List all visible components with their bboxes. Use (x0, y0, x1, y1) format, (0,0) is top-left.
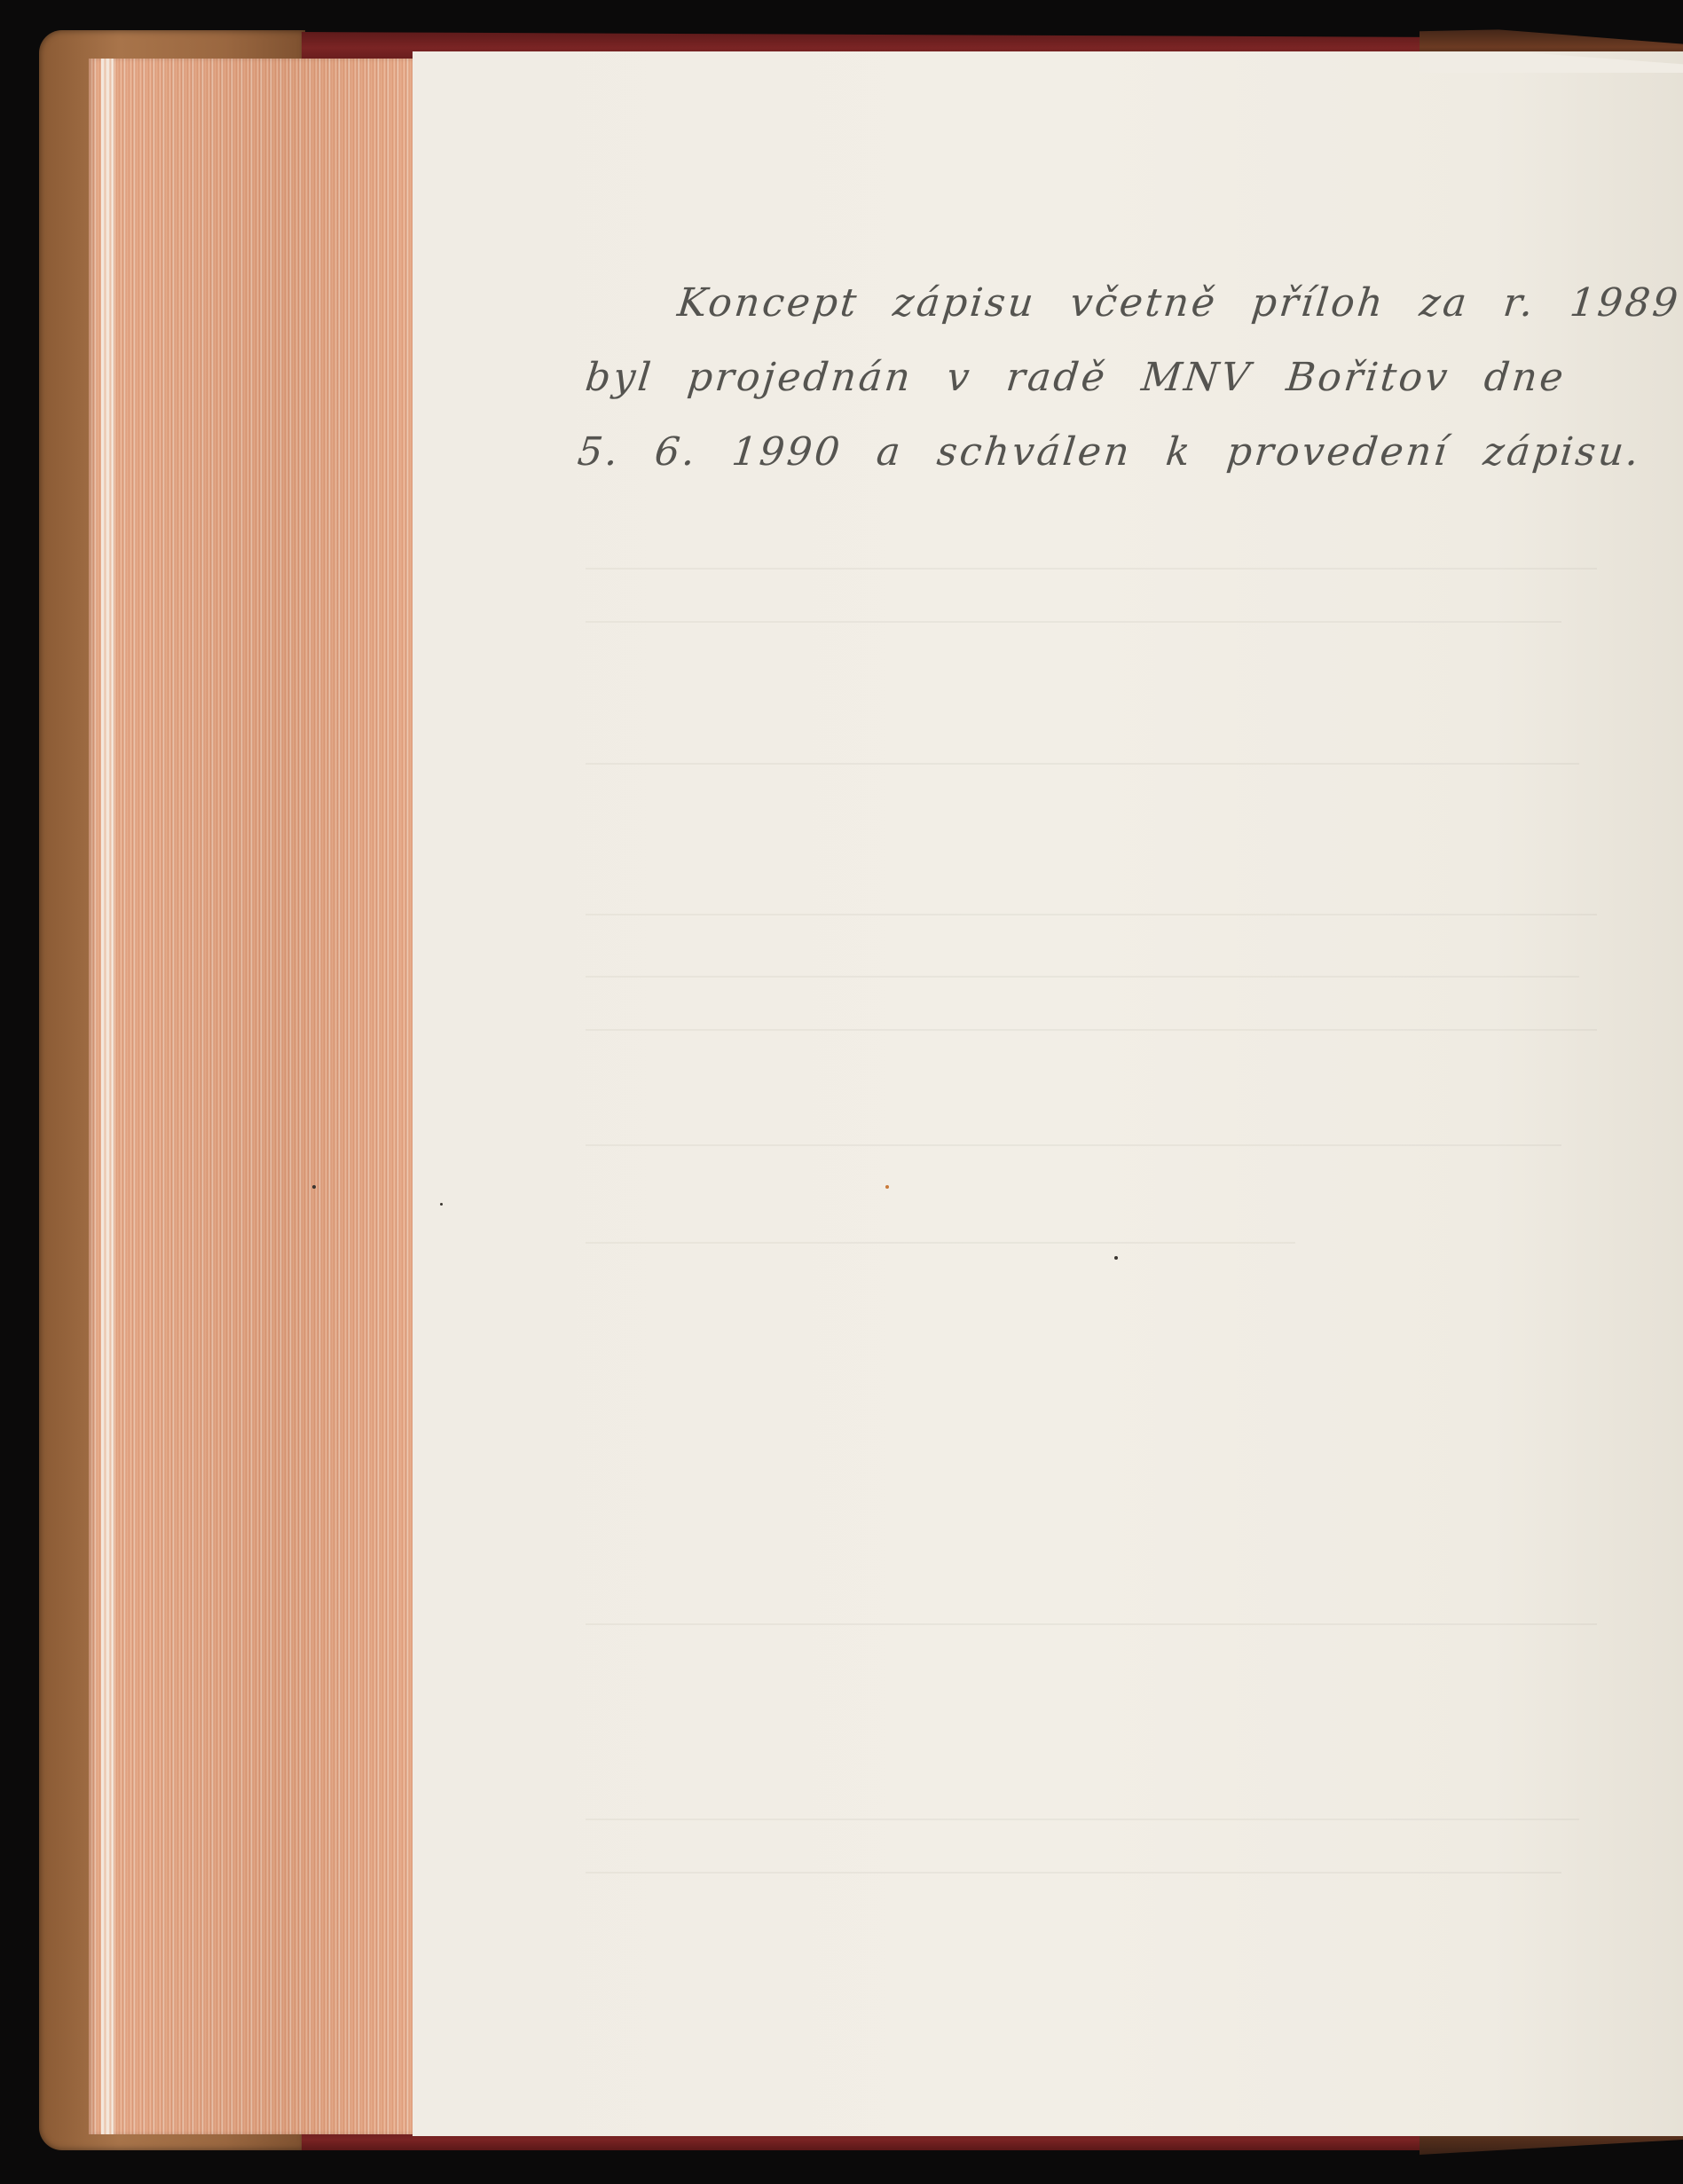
book-scan: Koncept zápisu včetně příloh za r. 1989 … (0, 0, 1683, 2184)
show-through-line (586, 1242, 1295, 1244)
speck (1114, 1256, 1118, 1260)
show-through-line (586, 1819, 1579, 1820)
show-through-line (586, 1144, 1561, 1146)
show-through-line (586, 976, 1579, 978)
show-through-line (586, 568, 1597, 570)
show-through-line (586, 1623, 1597, 1625)
note-line-3: 5. 6. 1990 a schválen k provedení zápisu… (574, 415, 1611, 490)
show-through-line (586, 621, 1561, 623)
page-edges-stack (89, 59, 413, 2134)
note-line-2: byl projednán v radě MNV Bořitov dne (582, 341, 1619, 415)
show-through-line (586, 914, 1597, 915)
speck (885, 1185, 889, 1189)
note-line-1: Koncept zápisu včetně příloh za r. 1989 (589, 266, 1626, 341)
speck (440, 1203, 443, 1206)
handwritten-note: Koncept zápisu včetně příloh za r. 1989 … (574, 266, 1626, 490)
show-through-line (586, 763, 1579, 765)
speck (312, 1185, 316, 1189)
show-through-line (586, 1872, 1561, 1874)
show-through-line (586, 1029, 1597, 1031)
